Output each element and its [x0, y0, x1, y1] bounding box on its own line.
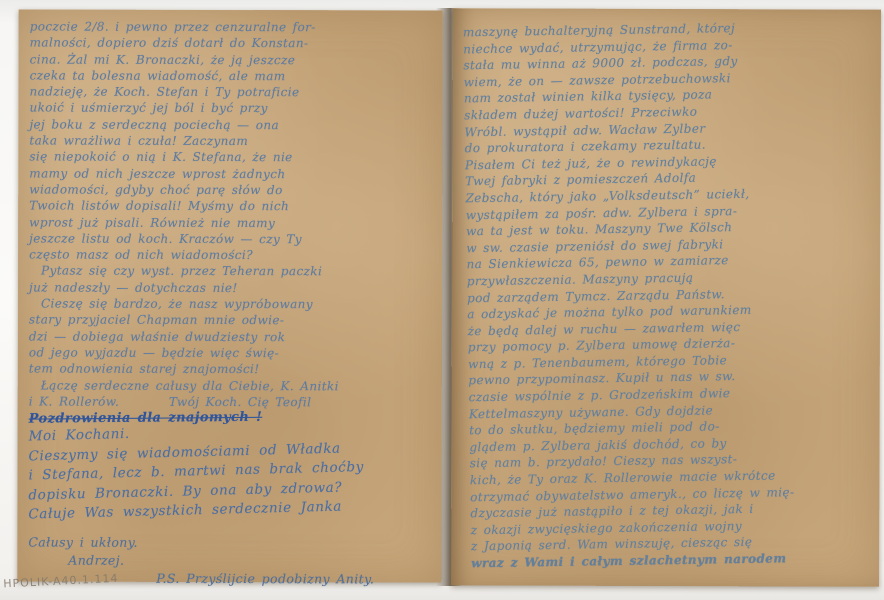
handwritten-line: cina. Żal mi K. Bronaczki, że ją jeszcze	[30, 51, 437, 68]
handwritten-line: już nadeszły — dotychczas nie!	[29, 279, 436, 296]
handwritten-line: Pytasz się czy wyst. przez Teheran paczk…	[29, 263, 436, 280]
handwritten-line: wiadomości, gdyby choć parę słów do	[29, 181, 436, 198]
handwritten-line: mamy od nich jeszcze wprost żadnych	[29, 165, 436, 182]
handwritten-line: Łączę serdeczne całusy dla Ciebie, K. An…	[29, 377, 436, 394]
letter-photograph: poczcie 2/8. i pewno przez cenzuralne fo…	[0, 0, 884, 600]
handwritten-line: często masz od nich wiadomości?	[29, 247, 436, 264]
handwritten-line: jeszcze listu od koch. Kraczów — czy Ty	[29, 230, 436, 247]
closing-line: Całusy i ukłony.	[28, 533, 435, 552]
handwritten-text-left: poczcie 2/8. i pewno przez cenzuralne fo…	[17, 9, 443, 588]
handwritten-line: taka wrażliwa i czuła! Zaczynam	[29, 133, 436, 150]
letter-page-right: maszynę buchalteryjną Sunstrand, której …	[451, 8, 881, 586]
handwritten-line: dzi — dobiega właśnie dwudziesty rok	[29, 328, 436, 345]
handwritten-text-right: maszynę buchalteryjną Sunstrand, której …	[447, 5, 884, 572]
handwritten-line: malności, dopiero dziś dotarł do Konstan…	[30, 35, 437, 52]
handwritten-line: ukoić i uśmierzyć jej ból i być przy	[29, 100, 436, 117]
signature-line: Andrzej.	[28, 551, 435, 570]
handwritten-line: nadzieję, że Koch. Stefan i Ty potrafici…	[30, 84, 437, 101]
handwritten-line: jej boku z serdeczną pociechą — ona	[29, 116, 436, 133]
letter-page-left: poczcie 2/8. i pewno przez cenzuralne fo…	[17, 9, 442, 582]
handwritten-line: czeka ta bolesna wiadomość, ale mam	[30, 67, 437, 84]
handwritten-line: wprost już pisali. Również nie mamy	[29, 214, 436, 231]
handwritten-line: od jego wyjazdu — będzie więc świę-	[29, 344, 436, 361]
handwritten-line: poczcie 2/8. i pewno przez cenzuralne fo…	[30, 18, 437, 35]
handwritten-line: Cieszę się bardzo, że nasz wypróbowany	[29, 296, 436, 313]
handwritten-line: Twoich listów dopisali! Myśmy do nich	[29, 198, 436, 215]
handwritten-line: tem odnowienia starej znajomości!	[29, 361, 436, 378]
handwritten-line: się niepokoić o nią i K. Stefana, że nie	[29, 149, 436, 166]
handwritten-line: stary przyjaciel Chapman mnie odwie-	[29, 312, 436, 329]
